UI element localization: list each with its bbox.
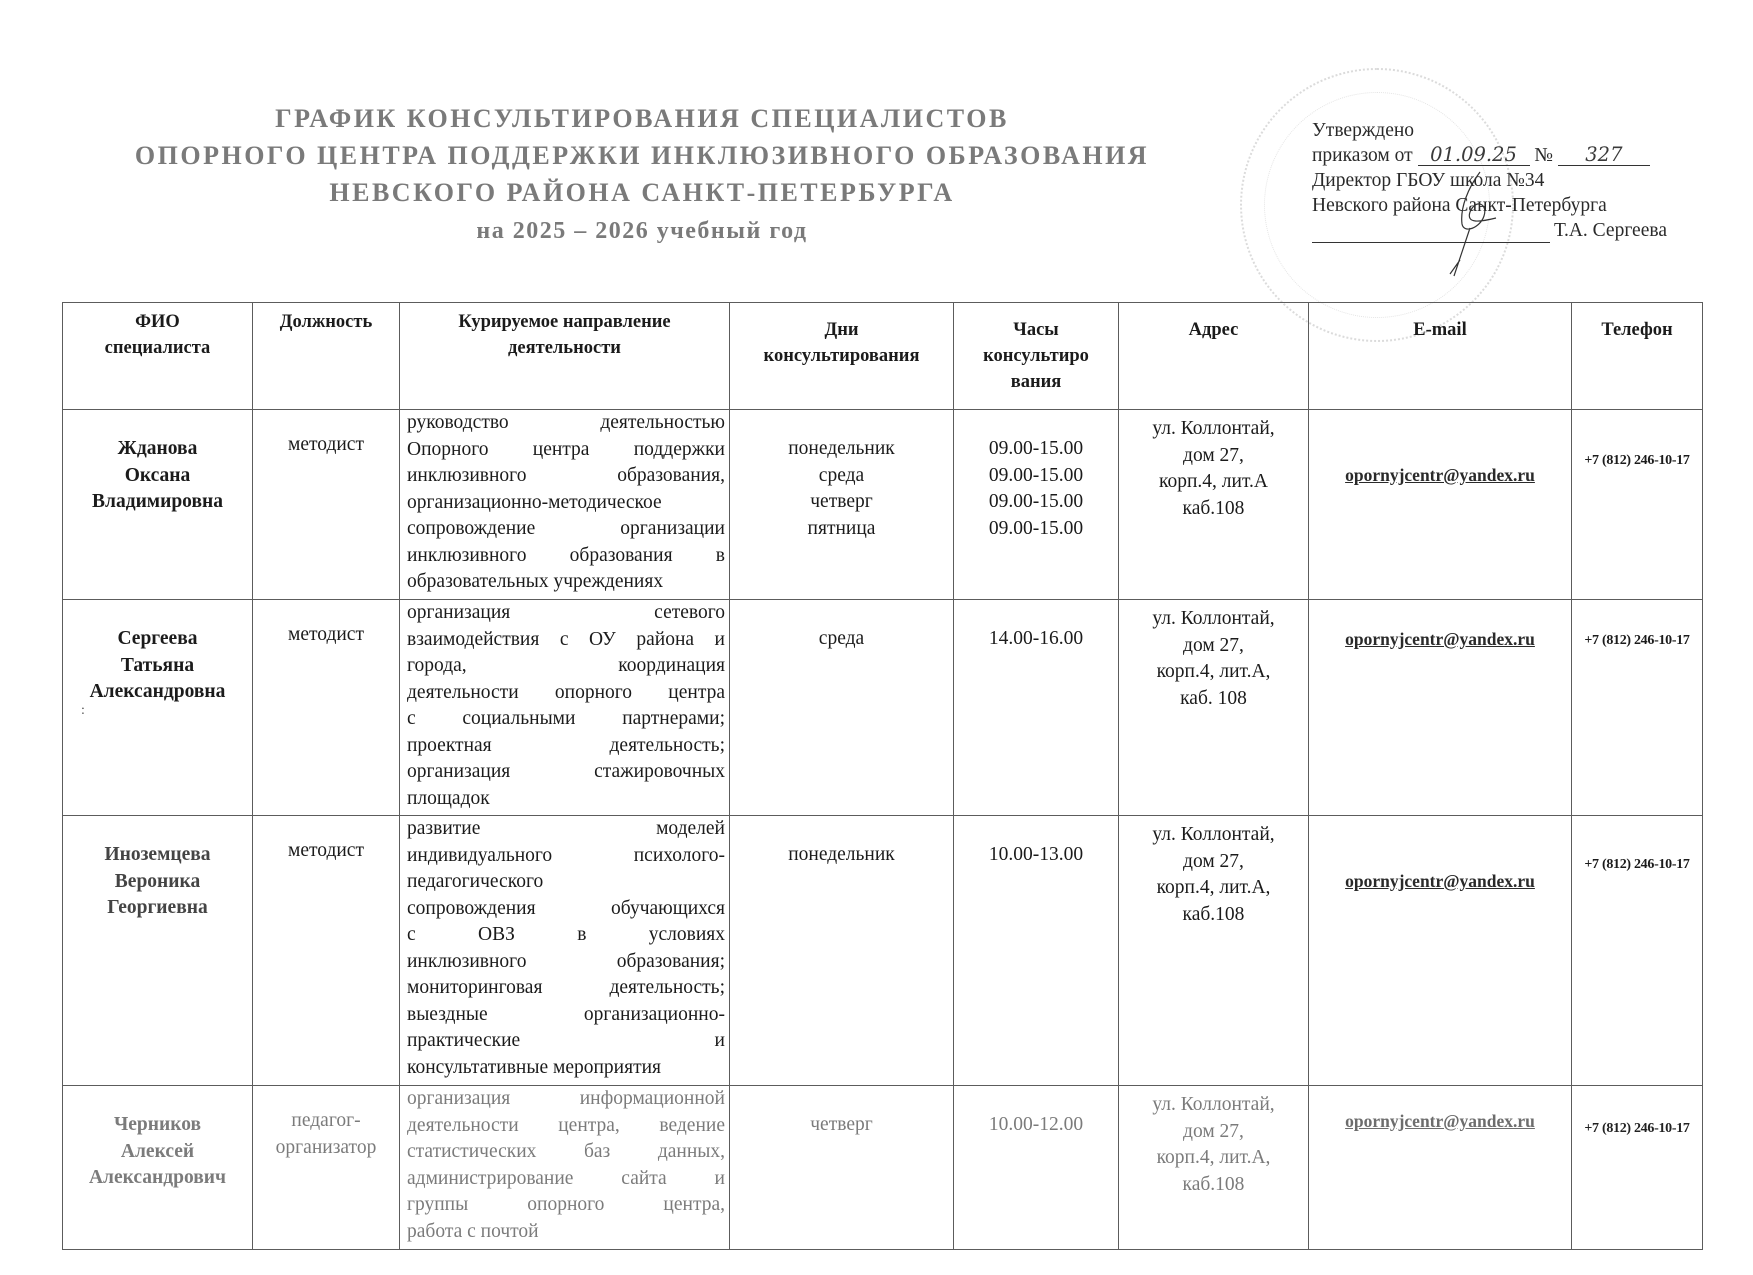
phone-number: +7 (812) 246-10-17	[1572, 1116, 1702, 1143]
approved-label: Утверждено	[1312, 118, 1692, 143]
header-email: E-mail	[1309, 303, 1572, 410]
direction: развитие моделей индивидуального психоло…	[400, 816, 730, 1086]
phone-number: +7 (812) 246-10-17	[1572, 852, 1702, 879]
header-days: Дни консультирования	[730, 303, 954, 410]
position: педагог- организатор	[253, 1086, 400, 1250]
title-academic-year: на 2025 – 2026 учебный год	[62, 211, 1222, 251]
phone-cell: +7 (812) 246-10-17	[1572, 1086, 1703, 1250]
email-cell: opornyjcentr@yandex.ru	[1309, 816, 1572, 1086]
header-direction: Курируемое направление деятельности	[400, 303, 730, 410]
header-hours: Часы консультиро вания	[954, 303, 1119, 410]
title-line-1: ГРАФИК КОНСУЛЬТИРОВАНИЯ СПЕЦИАЛИСТОВ	[62, 100, 1222, 137]
consult-days: четверг	[730, 1086, 954, 1250]
email-link[interactable]: opornyjcentr@yandex.ru	[1309, 626, 1571, 653]
order-date: 01.09.25	[1418, 145, 1530, 166]
consult-hours: 14.00-16.00	[954, 600, 1119, 816]
position: методист	[253, 600, 400, 816]
header-position: Должность	[253, 303, 400, 410]
specialist-name: Сергеева Татьяна Александровна :	[63, 600, 253, 816]
consult-days: понедельник	[730, 816, 954, 1086]
order-prefix: приказом от	[1312, 145, 1413, 166]
position: методист	[253, 816, 400, 1086]
consult-days: понедельник среда четверг пятница	[730, 410, 954, 600]
stray-mark: :	[63, 706, 252, 716]
direction: организация сетевого взаимодействия с ОУ…	[400, 600, 730, 816]
position: методист	[253, 410, 400, 600]
table-row: Сергеева Татьяна Александровна : методис…	[63, 600, 1703, 816]
order-line: приказом от 01.09.25 № 327	[1312, 143, 1692, 168]
address: ул. Коллонтай, дом 27, корп.4, лит.А каб…	[1119, 410, 1309, 600]
header-phone: Телефон	[1572, 303, 1703, 410]
table-header-row: ФИО специалиста Должность Курируемое нап…	[63, 303, 1703, 410]
signature-blank	[1312, 224, 1550, 243]
phone-cell: +7 (812) 246-10-17	[1572, 816, 1703, 1086]
specialist-name: Черников Алексей Александрович	[63, 1086, 253, 1250]
specialist-name: Жданова Оксана Владимировна	[63, 410, 253, 600]
specialist-name: Иноземцева Вероника Георгиевна	[63, 816, 253, 1086]
address: ул. Коллонтай, дом 27, корп.4, лит.А, ка…	[1119, 816, 1309, 1086]
consult-hours: 10.00-12.00	[954, 1086, 1119, 1250]
handwritten-signature-icon	[1440, 168, 1510, 278]
header-address: Адрес	[1119, 303, 1309, 410]
consult-days: среда	[730, 600, 954, 816]
email-link[interactable]: opornyjcentr@yandex.ru	[1309, 1108, 1571, 1135]
direction: руководство деятельностью Опорного центр…	[400, 410, 730, 600]
consultation-schedule-table: ФИО специалиста Должность Курируемое нап…	[62, 302, 1703, 1250]
header-name: ФИО специалиста	[63, 303, 253, 410]
phone-number: +7 (812) 246-10-17	[1572, 628, 1702, 655]
direction: организация информационной деятельности …	[400, 1086, 730, 1250]
email-link[interactable]: opornyjcentr@yandex.ru	[1309, 868, 1571, 895]
email-link[interactable]: opornyjcentr@yandex.ru	[1309, 462, 1571, 489]
signer-name: Т.А. Сергеева	[1554, 220, 1667, 241]
email-cell: opornyjcentr@yandex.ru	[1309, 1086, 1572, 1250]
table-row: Иноземцева Вероника Георгиевна методист …	[63, 816, 1703, 1086]
title-line-2: ОПОРНОГО ЦЕНТРА ПОДДЕРЖКИ ИНКЛЮЗИВНОГО О…	[62, 137, 1222, 174]
title-line-3: НЕВСКОГО РАЙОНА САНКТ-ПЕТЕРБУРГА	[62, 174, 1222, 211]
table-row: Черников Алексей Александрович педагог- …	[63, 1086, 1703, 1250]
consult-hours: 10.00-13.00	[954, 816, 1119, 1086]
phone-number: +7 (812) 246-10-17	[1572, 448, 1702, 475]
document-title: ГРАФИК КОНСУЛЬТИРОВАНИЯ СПЕЦИАЛИСТОВ ОПО…	[62, 100, 1222, 251]
phone-cell: +7 (812) 246-10-17	[1572, 410, 1703, 600]
email-cell: opornyjcentr@yandex.ru	[1309, 600, 1572, 816]
email-cell: opornyjcentr@yandex.ru	[1309, 410, 1572, 600]
consult-hours: 09.00-15.00 09.00-15.00 09.00-15.00 09.0…	[954, 410, 1119, 600]
order-number-label: №	[1534, 145, 1553, 166]
address: ул. Коллонтай, дом 27, корп.4, лит.А, ка…	[1119, 1086, 1309, 1250]
table-row: Жданова Оксана Владимировна методист рук…	[63, 410, 1703, 600]
phone-cell: +7 (812) 246-10-17	[1572, 600, 1703, 816]
address: ул. Коллонтай, дом 27, корп.4, лит.А, ка…	[1119, 600, 1309, 816]
order-number: 327	[1558, 145, 1650, 166]
